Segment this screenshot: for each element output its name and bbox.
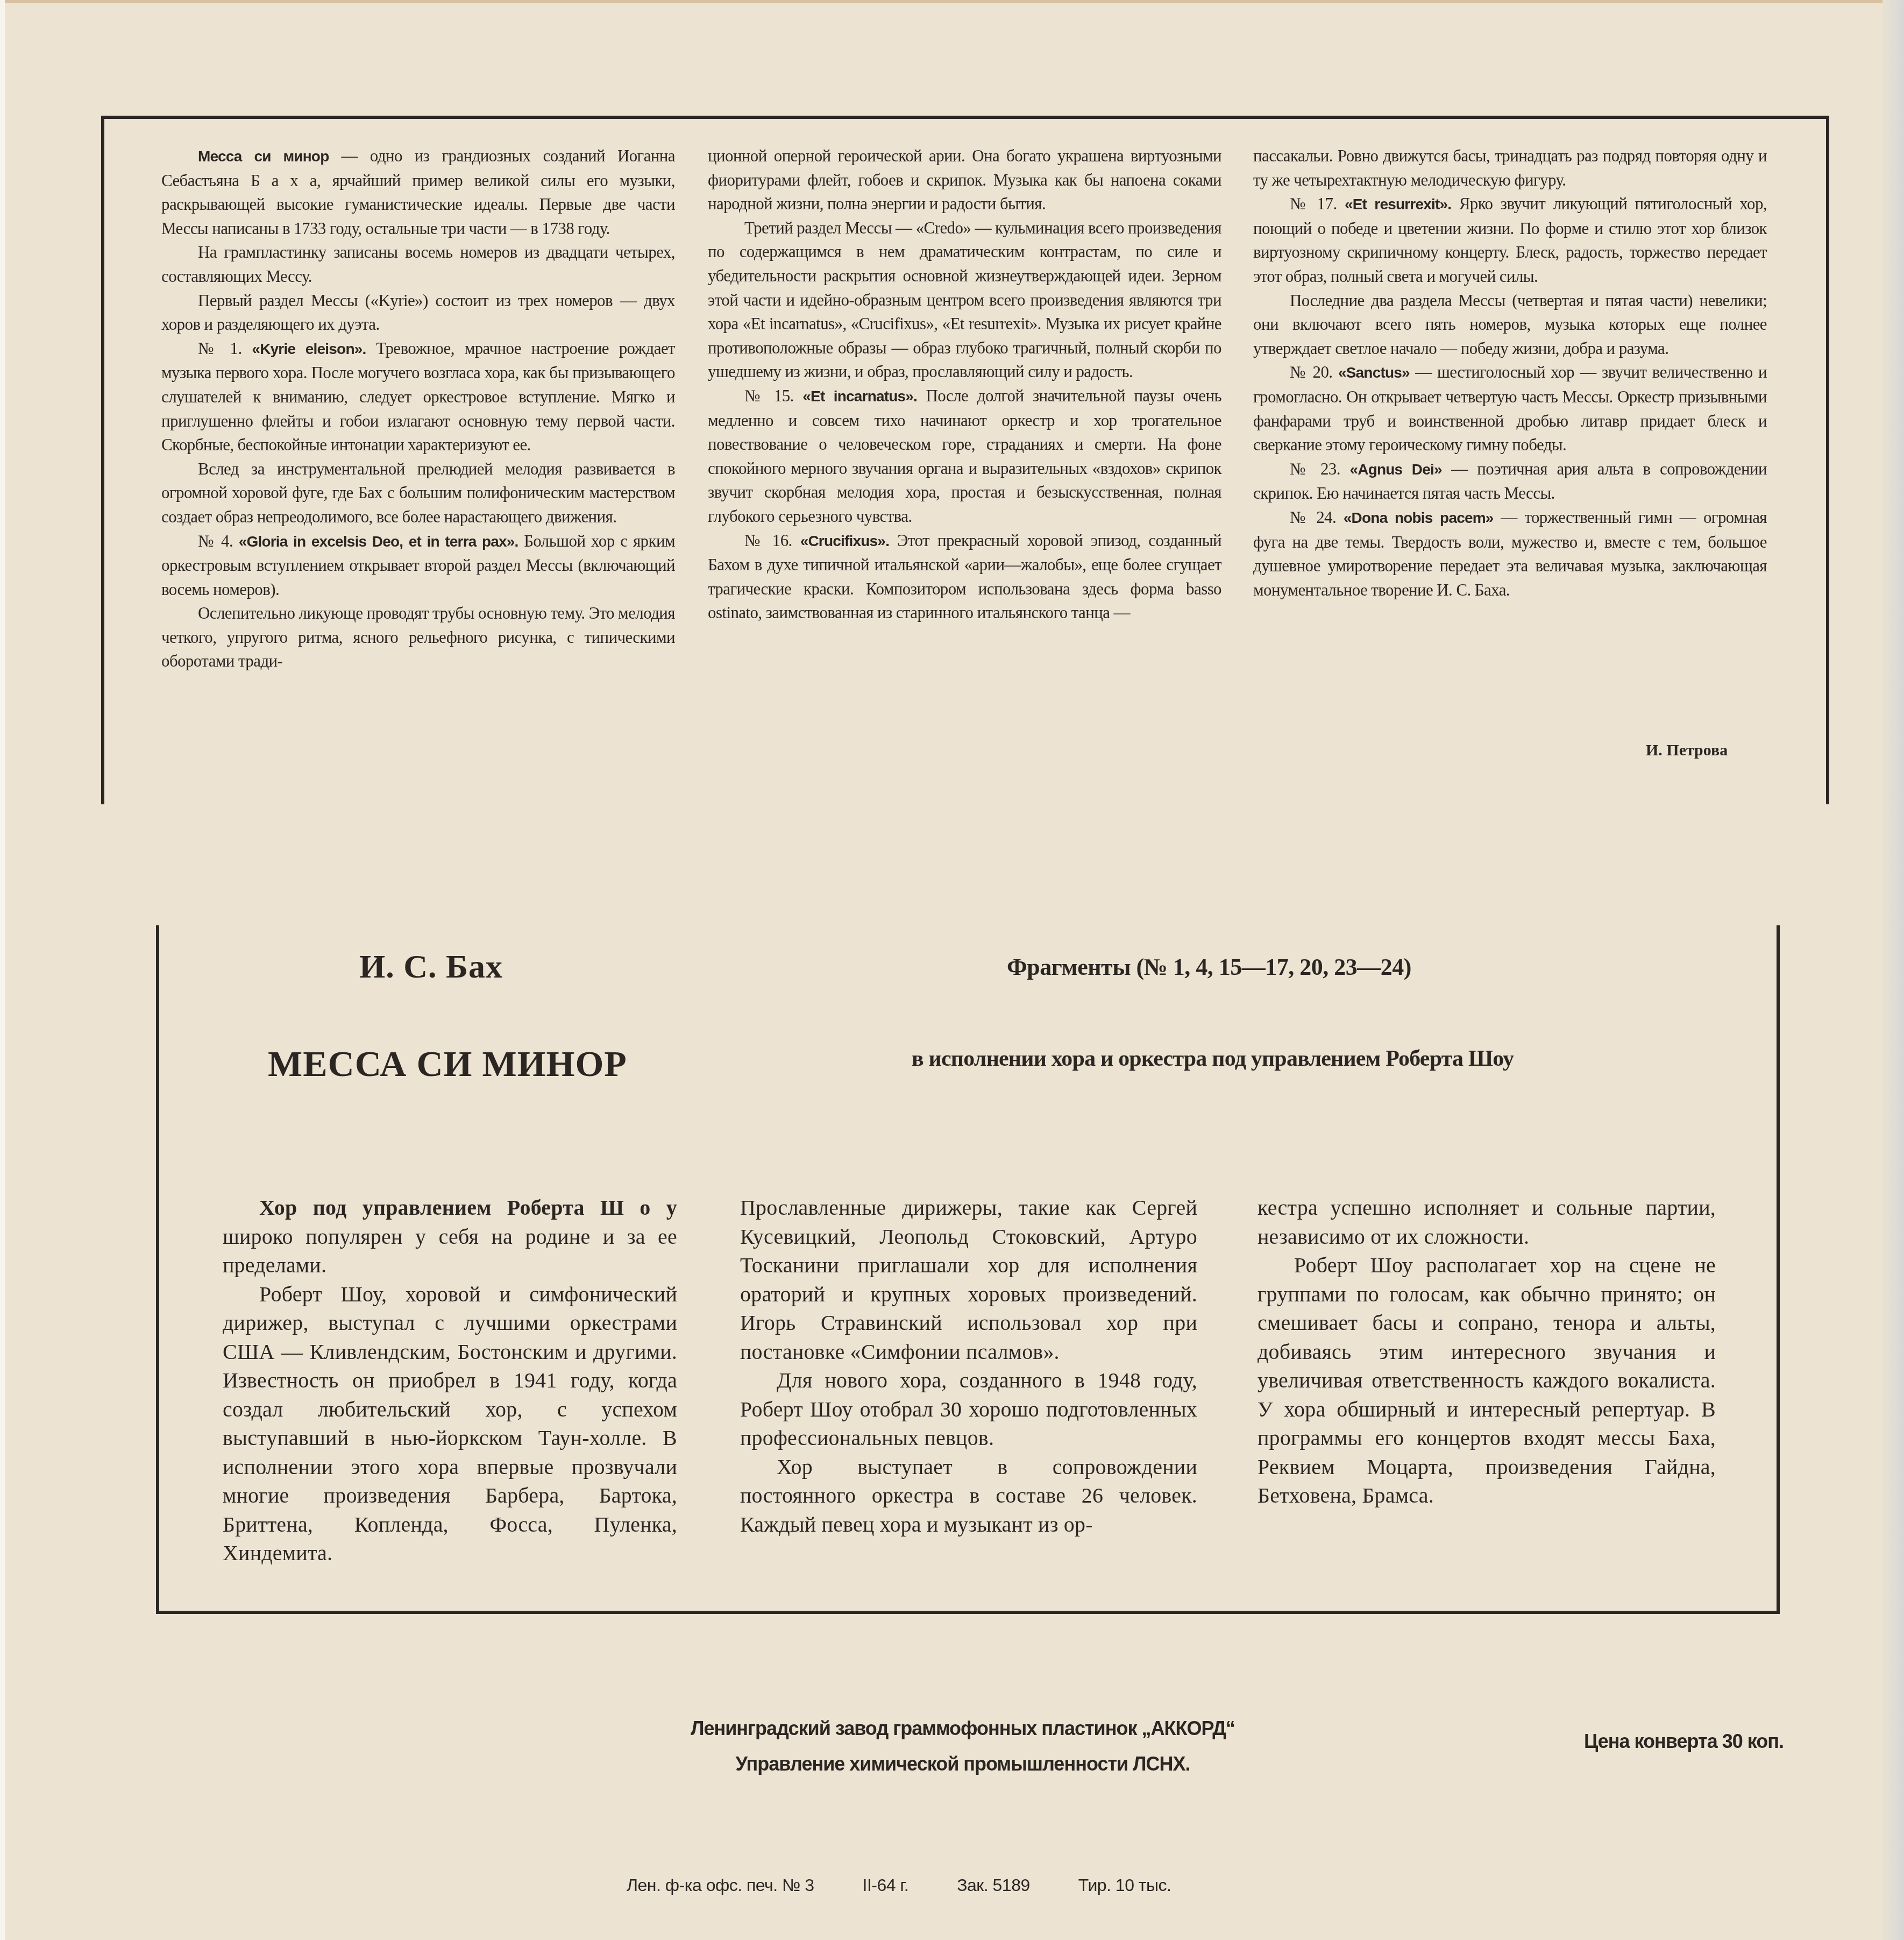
movement-title: Хор под управлением Роберта Ш о у: [259, 1195, 677, 1220]
paragraph-text: Роберт Шоу, хоровой и симфонический дири…: [223, 1282, 677, 1566]
number-label: № 4.: [198, 532, 239, 550]
paragraph: На грампластинку записаны восемь номеров…: [161, 240, 675, 288]
paragraph-text: Последние два раздела Мессы (четвертая и…: [1253, 291, 1767, 358]
paragraph-text: После долгой значительной паузы очень ме…: [708, 386, 1221, 526]
paragraph: № 23. «Agnus Dei» — поэтичная ария альта…: [1253, 457, 1767, 506]
paragraph: Для нового хора, созданного в 1948 году,…: [740, 1366, 1197, 1453]
paragraph: № 20. «Sanctus» — шестиголосный хор — зв…: [1253, 360, 1767, 457]
paper-edge-top: [0, 0, 1904, 3]
paragraph: Хор под управлением Роберта Ш о у широко…: [223, 1193, 677, 1280]
number-label: № 23.: [1290, 459, 1349, 478]
bio-column-1: Хор под управлением Роберта Ш о у широко…: [223, 1193, 677, 1568]
bio-column-2: Прославленные дирижеры, такие как Сергей…: [740, 1193, 1197, 1539]
paragraph: Третий раздел Мессы — «Credo» — кульмина…: [708, 216, 1221, 384]
paragraph: № 1. «Kyrie eleison». Тревожное, мрачное…: [161, 337, 675, 457]
paragraph: № 24. «Dona nobis pacem» — торжественный…: [1253, 506, 1767, 602]
print-imprint: Лен. ф-ка офс. печ. № 3 II-64 г. Зак. 51…: [627, 1875, 1171, 1895]
number-label: № 17.: [1290, 194, 1345, 213]
movement-title: Месса си минор: [198, 148, 329, 165]
scan-margin-left: [0, 0, 5, 1940]
movement-title: «Crucifixus».: [800, 533, 889, 549]
paragraph-text: Для нового хора, созданного в 1948 году,…: [740, 1368, 1197, 1450]
movement-title: «Kyrie eleison».: [252, 341, 366, 357]
paragraph: № 15. «Et incarnatus». После долгой знач…: [708, 384, 1221, 529]
paragraph-text: широко популярен у себя на родине и за е…: [223, 1224, 677, 1278]
paragraph: № 16. «Crucifixus». Этот прекрасный хоро…: [708, 529, 1221, 625]
number-label: № 1.: [198, 339, 252, 358]
paragraph-text: Хор выступает в сопровождении постоянног…: [740, 1455, 1197, 1537]
paragraph-text: Третий раздел Мессы — «Credo» — кульмина…: [708, 218, 1221, 381]
paragraph: ционной оперной героической арии. Она бо…: [708, 144, 1221, 216]
paragraph-text: Роберт Шоу располагает хор на сцене не г…: [1258, 1253, 1716, 1507]
movement-title: «Sanctus»: [1338, 364, 1410, 381]
paragraph: Первый раздел Мессы («Kyrie») состоит из…: [161, 289, 675, 337]
paragraph-text: На грампластинку записаны восемь номеров…: [161, 243, 675, 286]
paragraph: кестра успешно исполняет и сольные парти…: [1258, 1193, 1716, 1251]
movement-title: «Dona nobis pacem»: [1344, 509, 1494, 526]
essay-column-1: Месса си минор — одно из грандиозных соз…: [161, 144, 675, 674]
composer-name: И. С. Бах: [359, 948, 503, 986]
paragraph-text: пассакальи. Ровно движутся басы, тринадц…: [1253, 146, 1767, 189]
essay-column-3: пассакальи. Ровно движутся басы, тринадц…: [1253, 144, 1767, 602]
movement-title: «Gloria in excelsis Deo, et in terra pax…: [239, 533, 518, 550]
publisher-block: Ленинградский завод граммофонных пластин…: [592, 1711, 1334, 1782]
paragraph: Прославленные дирижеры, такие как Сергей…: [740, 1193, 1197, 1366]
paragraph-text: кестра успешно исполняет и сольные парти…: [1258, 1195, 1716, 1249]
publisher-line-1: Ленинградский завод граммофонных пластин…: [592, 1711, 1334, 1746]
imprint-date: II-64 г.: [863, 1875, 909, 1895]
number-label: № 20.: [1290, 363, 1338, 381]
paragraph-text: Первый раздел Мессы («Kyrie») состоит из…: [161, 291, 675, 334]
movement-title: «Et incarnatus».: [802, 388, 917, 405]
essay-column-2: ционной оперной героической арии. Она бо…: [708, 144, 1221, 625]
sleeve-price: Цена конверта 30 коп.: [1584, 1730, 1784, 1753]
paragraph: Ослепительно ликующе проводят трубы осно…: [161, 601, 675, 674]
publisher-line-2: Управление химической промышленности ЛСН…: [592, 1746, 1334, 1782]
paragraph: Месса си минор — одно из грандиозных соз…: [161, 144, 675, 240]
paragraph-text: Вслед за инструментальной прелюдией мело…: [161, 459, 675, 526]
paragraph: Последние два раздела Мессы (четвертая и…: [1253, 289, 1767, 361]
work-title: МЕССА СИ МИНОР: [268, 1043, 627, 1085]
paragraph: № 4. «Gloria in excelsis Deo, et in terr…: [161, 529, 675, 602]
imprint-run: Тир. 10 тыс.: [1078, 1875, 1171, 1895]
number-label: № 15.: [744, 386, 802, 405]
paragraph-text: ционной оперной героической арии. Она бо…: [708, 146, 1221, 213]
paragraph: Хор выступает в сопровождении постоянног…: [740, 1453, 1197, 1539]
imprint-order: Зак. 5189: [957, 1875, 1030, 1895]
essay-signature: И. Петрова: [1646, 741, 1728, 760]
number-label: № 16.: [744, 531, 800, 550]
paragraph: Роберт Шоу, хоровой и симфонический дири…: [223, 1280, 677, 1568]
number-label: № 24.: [1290, 508, 1344, 527]
fragments-list: Фрагменты (№ 1, 4, 15—17, 20, 23—24): [1007, 953, 1411, 981]
movement-title: «Et resurrexit».: [1345, 196, 1451, 213]
paragraph: Вслед за инструментальной прелюдией мело…: [161, 457, 675, 529]
performers-credit: в исполнении хора и оркестра под управле…: [912, 1046, 1514, 1072]
paragraph: № 17. «Et resurrexit». Ярко звучит ликую…: [1253, 192, 1767, 288]
bio-column-3: кестра успешно исполняет и сольные парти…: [1258, 1193, 1716, 1510]
paragraph: Роберт Шоу располагает хор на сцене не г…: [1258, 1251, 1716, 1510]
scan-margin-right: [1882, 0, 1904, 1940]
movement-title: «Agnus Dei»: [1349, 461, 1441, 478]
imprint-printer: Лен. ф-ка офс. печ. № 3: [627, 1875, 814, 1895]
paragraph-text: Прославленные дирижеры, такие как Сергей…: [740, 1195, 1197, 1364]
paragraph-text: Ослепительно ликующе проводят трубы осно…: [161, 604, 675, 670]
paragraph: пассакальи. Ровно движутся басы, тринадц…: [1253, 144, 1767, 192]
